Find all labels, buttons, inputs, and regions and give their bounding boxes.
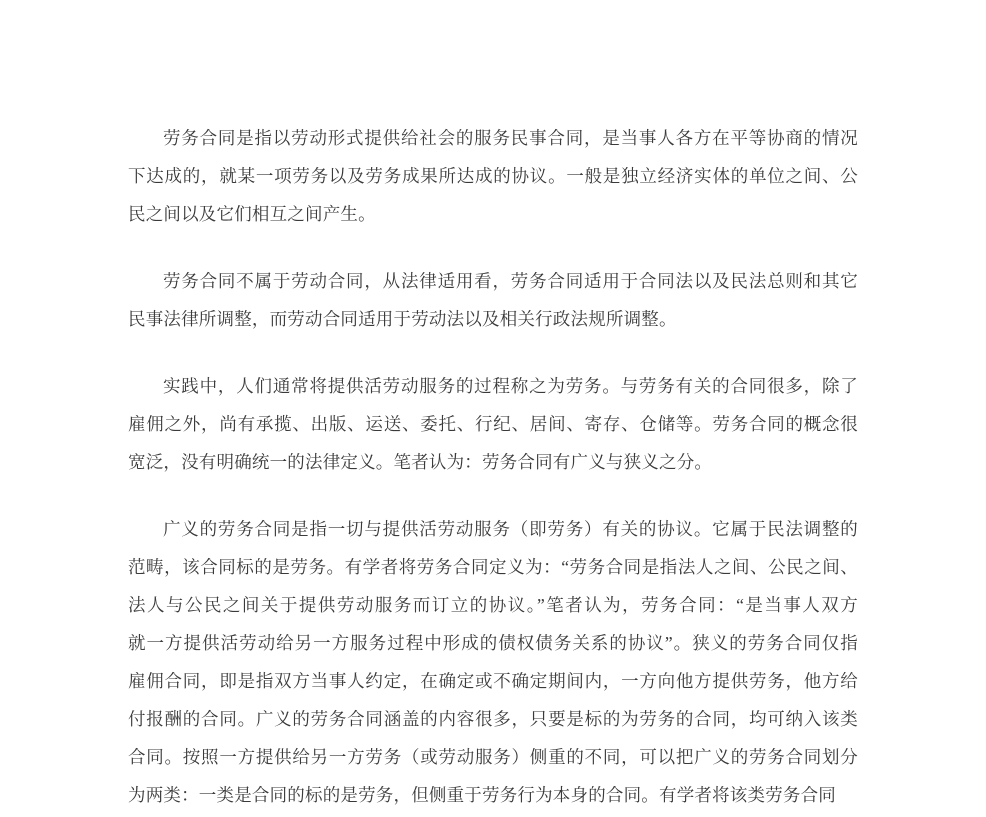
text-line: 宽泛，没有明确统一的法律定义。笔者认为：劳务合同有广义与狭义之分。 bbox=[128, 443, 858, 481]
paragraph: 广义的劳务合同是指一切与提供活劳动服务（即劳务）有关的协议。它属于民法调整的范畴… bbox=[128, 510, 858, 814]
text-line: 范畴，该合同标的是劳务。有学者将劳务合同定义为：“劳务合同是指法人之间、公民之间… bbox=[128, 548, 858, 586]
text-line: 劳务合同不属于劳动合同，从法律适用看，劳务合同适用于合同法以及民法总则和其它 bbox=[128, 262, 858, 300]
text-line: 下达成的，就某一项劳务以及劳务成果所达成的协议。一般是独立经济实体的单位之间、公 bbox=[128, 157, 858, 195]
text-line: 就一方提供活劳动给另一方服务过程中形成的债权债务关系的协议”。狭义的劳务合同仅指 bbox=[128, 624, 858, 662]
text-line: 雇佣之外，尚有承揽、出版、运送、委托、行纪、居间、寄存、仓储等。劳务合同的概念很 bbox=[128, 405, 858, 443]
paragraph: 劳务合同不属于劳动合同，从法律适用看，劳务合同适用于合同法以及民法总则和其它民事… bbox=[128, 262, 858, 338]
text-line: 劳务合同是指以劳动形式提供给社会的服务民事合同，是当事人各方在平等协商的情况 bbox=[128, 119, 858, 157]
paragraph: 实践中，人们通常将提供活劳动服务的过程称之为劳务。与劳务有关的合同很多，除了雇佣… bbox=[128, 367, 858, 481]
text-line: 合同。按照一方提供给另一方劳务（或劳动服务）侧重的不同，可以把广义的劳务合同划分 bbox=[128, 738, 858, 776]
text-line: 付报酬的合同。广义的劳务合同涵盖的内容很多，只要是标的为劳务的合同，均可纳入该类 bbox=[128, 700, 858, 738]
text-line: 法人与公民之间关于提供劳动服务而订立的协议。”笔者认为，劳务合同：“是当事人双方 bbox=[128, 586, 858, 624]
text-line: 为两类：一类是合同的标的是劳务，但侧重于劳务行为本身的合同。有学者将该类劳务合同 bbox=[128, 776, 858, 814]
document-page: 劳务合同是指以劳动形式提供给社会的服务民事合同，是当事人各方在平等协商的情况下达… bbox=[0, 0, 986, 817]
paragraph: 劳务合同是指以劳动形式提供给社会的服务民事合同，是当事人各方在平等协商的情况下达… bbox=[128, 119, 858, 233]
text-line: 雇佣合同，即是指双方当事人约定，在确定或不确定期间内，一方向他方提供劳务，他方给 bbox=[128, 662, 858, 700]
text-line: 实践中，人们通常将提供活劳动服务的过程称之为劳务。与劳务有关的合同很多，除了 bbox=[128, 367, 858, 405]
document-body: 劳务合同是指以劳动形式提供给社会的服务民事合同，是当事人各方在平等协商的情况下达… bbox=[128, 119, 858, 814]
text-line: 民之间以及它们相互之间产生。 bbox=[128, 195, 858, 233]
text-line: 广义的劳务合同是指一切与提供活劳动服务（即劳务）有关的协议。它属于民法调整的 bbox=[128, 510, 858, 548]
text-line: 民事法律所调整，而劳动合同适用于劳动法以及相关行政法规所调整。 bbox=[128, 300, 858, 338]
